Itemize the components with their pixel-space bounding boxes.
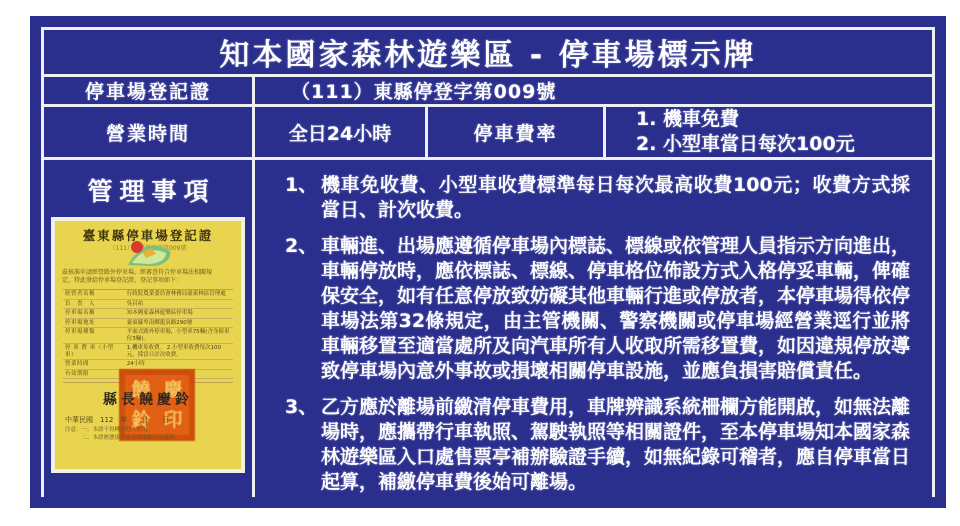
management-title: 管理事項 <box>80 172 215 208</box>
table-row: 停車場地址臺東縣卑南鄉龍泉路290號 <box>63 319 233 329</box>
hours-value: 全日24小時 <box>255 107 425 157</box>
management-item-2: 2、 車輛進、出場應遵循停車場內標誌、標線或依管理人員指示方向進出，車輛停放時，… <box>285 234 910 384</box>
certificate-intro: 茲核准申請經營路外停車場，經審查符合停車場法相關規 定，特此發給停車場登記證，登… <box>62 269 234 285</box>
registration-row: 停車場登記證 （111）東縣停登字第009號 <box>44 77 932 104</box>
certificate-note-2: 二、本證應懸掛於停車場明顯可見處所。 <box>65 435 237 443</box>
management-item-3: 3、 乙方應於離場前繳清停車費用，車牌辨識系統柵欄方能開啟，如無法離場時，應攜帶… <box>285 395 910 495</box>
certificate-note-1: 注意：一、本證不得轉借他人使用。 <box>65 427 237 435</box>
certificate-notes: 注意：一、本證不得轉借他人使用。 二、本證應懸掛於停車場明顯可見處所。 <box>65 427 237 442</box>
rate-values: 1. 機車免費 2. 小型車當日每次100元 <box>606 107 932 157</box>
magistrate-signature: 縣長饒慶鈴 <box>55 389 241 409</box>
management-row: 管理事項 臺東縣停車場登記證 （111）東縣停登字第009號 茲核准申請經營路 <box>44 160 932 506</box>
management-rules: 1、 機車免收費、小型車收費標準每日每次最高收費100元；收費方式採當日、計次收… <box>255 160 932 506</box>
management-item-1: 1、 機車免收費、小型車收費標準每日每次最高收費100元；收費方式採當日、計次收… <box>285 173 910 223</box>
parking-registration-certificate: 臺東縣停車場登記證 （111）東縣停登字第009號 茲核准申請經營路外停車場，經… <box>51 217 245 473</box>
table-row: 停 車 費 率（小型車）1.機車免收費。 2.小型車收費每次100元，採當日計次… <box>63 344 233 360</box>
registration-label: 停車場登記證 <box>44 77 252 104</box>
rate-line-motorcycle: 1. 機車免費 <box>636 107 739 132</box>
sign-grid-frame: 知本國家森林遊樂區 - 停車場標示牌 停車場登記證 （111）東縣停登字第009… <box>41 27 935 497</box>
certificate-intro-line2: 定，特此發給停車場登記證，登記事項如下： <box>62 277 234 285</box>
registration-number: （111）東縣停登字第009號 <box>255 77 932 104</box>
hours-rate-row: 營業時間 全日24小時 停車費率 1. 機車免費 2. 小型車當日每次100元 <box>44 107 932 157</box>
table-row: 停車場名稱知本國家森林遊樂區停車場 <box>63 309 233 319</box>
table-row: 負 責 人吳昌祐 <box>63 300 233 310</box>
sign-title: 知本國家森林遊樂區 - 停車場標示牌 <box>44 30 932 74</box>
parking-sign-board: 知本國家森林遊樂區 - 停車場標示牌 停車場登記證 （111）東縣停登字第009… <box>30 16 946 508</box>
table-row: 經營者名稱行政院農業委員會林務局臺東林區管理處 <box>63 290 233 300</box>
certificate-issue-date: 中華民國 112 年 月 日 <box>65 415 235 425</box>
management-left-cell: 管理事項 臺東縣停車場登記證 （111）東縣停登字第009號 茲核准申請經營路 <box>44 160 252 506</box>
title-row: 知本國家森林遊樂區 - 停車場標示牌 <box>44 30 932 74</box>
rate-label: 停車費率 <box>428 107 603 157</box>
hours-label: 營業時間 <box>44 107 252 157</box>
agency-emblem-icon <box>120 237 176 267</box>
table-row: 停車場種類平面式路外停車場，小型車75輛(含身障車位3輛)。 <box>63 328 233 344</box>
certificate-intro-line1: 茲核准申請經營路外停車場，經審查符合停車場法相關規 <box>62 269 234 277</box>
rate-line-car: 2. 小型車當日每次100元 <box>636 132 855 157</box>
